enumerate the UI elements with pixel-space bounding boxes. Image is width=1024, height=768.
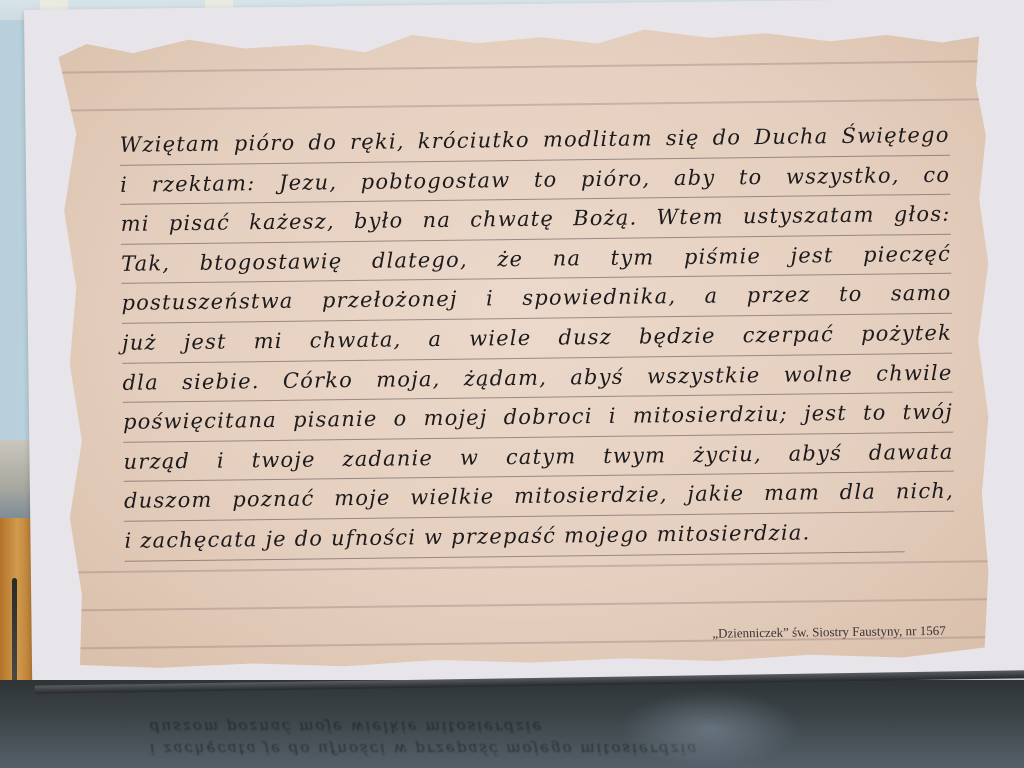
glass-reflection: i zachęcata je do ufności w przepaść moj… bbox=[150, 700, 950, 760]
reflection-line: i zachęcata je do ufności w przepaść moj… bbox=[150, 738, 950, 760]
source-caption: „Dzienniczek” św. Siostry Faustyny, nr 1… bbox=[712, 623, 946, 642]
paper-rule bbox=[65, 560, 995, 573]
light-glare bbox=[620, 690, 800, 768]
reflection-line: duszom poznać moje wielkie mitosierdzie bbox=[150, 716, 950, 738]
wooden-furniture bbox=[0, 518, 34, 693]
paper-rule bbox=[59, 98, 989, 111]
handwritten-text: Wziętam pióro do ręki, króciutko modlita… bbox=[119, 116, 954, 562]
poster: Wziętam pióro do ręki, króciutko modlita… bbox=[24, 0, 1024, 690]
text-line: i zachęcata je do ufności w przepaść moj… bbox=[124, 512, 904, 561]
torn-paper-sheet: Wziętam pióro do ręki, króciutko modlita… bbox=[58, 20, 996, 671]
paper-rule bbox=[65, 598, 995, 611]
paper-rule bbox=[59, 60, 989, 73]
